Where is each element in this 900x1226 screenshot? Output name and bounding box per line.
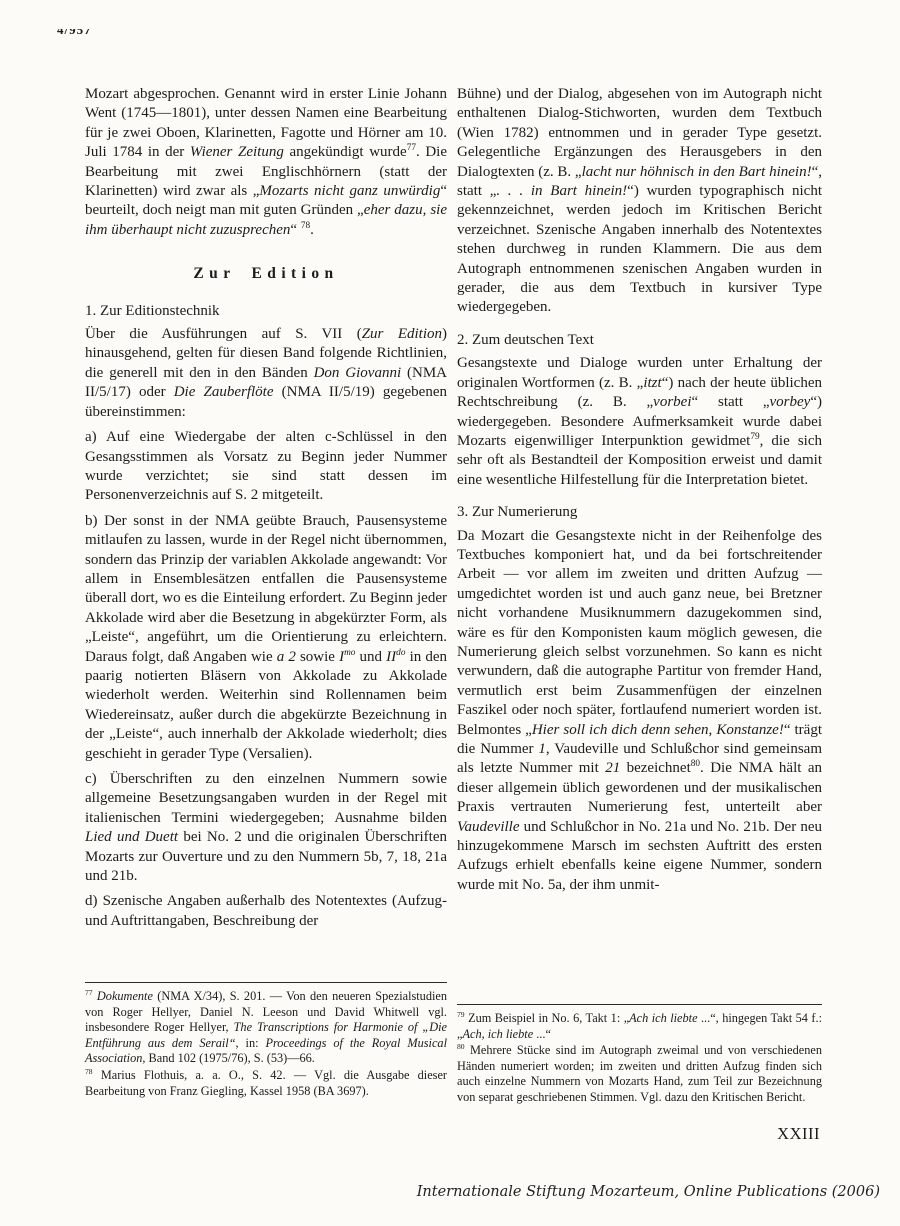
section-3-heading: 3. Zur Numerierung [457, 503, 822, 522]
continuation-paragraph: Bühne) und der Dialog, abgesehen von im … [457, 85, 822, 318]
intro-paragraph: Mozart abgesprochen. Genannt wird in ers… [85, 85, 447, 240]
section-2-heading: 2. Zum deutschen Text [457, 331, 822, 350]
edition-heading: Zur Edition [85, 264, 447, 283]
footnote-80: 80 Mehrere Stücke sind im Autograph zwei… [457, 1043, 822, 1105]
right-footnotes: 79 Zum Beispiel in No. 6, Takt 1: „Ach i… [457, 1004, 822, 1106]
footer-credit: Internationale Stiftung Mozarteum, Onlin… [417, 1184, 880, 1200]
section-1-heading: 1. Zur Editionstechnik [85, 302, 447, 321]
item-d-paragraph: d) Szenische Angaben außerhalb des Noten… [85, 892, 447, 931]
left-footnotes: 77 Dokumente (NMA X/34), S. 201. — Von d… [85, 982, 447, 1099]
footnote-78: 78 Marius Flothuis, a. a. O., S. 42. — V… [85, 1068, 447, 1099]
right-column: Bühne) und der Dialog, abgesehen von im … [457, 85, 822, 895]
section-3-paragraph: Da Mozart die Gesangstexte nicht in der … [457, 527, 822, 896]
footnote-77: 77 Dokumente (NMA X/34), S. 201. — Von d… [85, 989, 447, 1067]
section-2-paragraph: Gesangstexte und Dialoge wurden unter Er… [457, 354, 822, 490]
section-1-paragraph: Über die Ausführungen auf S. VII (Zur Ed… [85, 325, 447, 422]
footnote-79: 79 Zum Beispiel in No. 6, Takt 1: „Ach i… [457, 1011, 822, 1042]
page-number: XXIII [777, 1124, 820, 1144]
left-column: Mozart abgesprochen. Genannt wird in ers… [85, 85, 447, 931]
item-a-paragraph: a) Auf eine Wiedergabe der alten c-Schlü… [85, 428, 447, 506]
item-c-paragraph: c) Überschriften zu den einzelnen Nummer… [85, 770, 447, 886]
item-b-paragraph: b) Der sonst in der NMA geübte Brauch, P… [85, 512, 447, 764]
scanned-page: 4/957 Mozart abgesprochen. Genannt wird … [0, 0, 900, 1226]
corner-mark: 4/957 [57, 29, 117, 38]
